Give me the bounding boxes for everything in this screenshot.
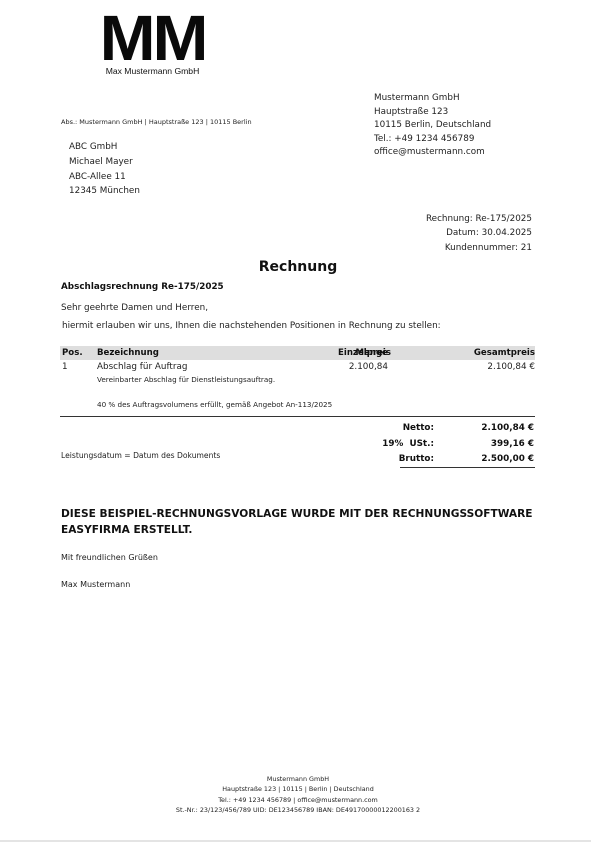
customer-number: Kundennummer: 21 <box>426 241 532 255</box>
vat-row: 19% USt.: 399,16 € <box>372 439 535 455</box>
footer-contact: Tel.: +49 1234 456789 | office@musterman… <box>0 795 591 805</box>
invoice-subject: Abschlagsrechnung Re-175/2025 <box>61 282 224 292</box>
document-title: Rechnung <box>0 259 591 275</box>
gross-value: 2.500,00 € <box>481 454 534 464</box>
gross-label: Brutto: <box>399 454 434 464</box>
service-date-note: Leistungsdatum = Datum des Dokuments <box>61 451 220 460</box>
greeting: Sehr geehrte Damen und Herren, <box>61 303 208 313</box>
totals-underline <box>400 467 535 468</box>
company-address-block: Mustermann GmbH Hauptstraße 123 10115 Be… <box>374 92 491 160</box>
totals-block: Netto: 2.100,84 € 19% USt.: 399,16 € Bru… <box>372 423 535 470</box>
row-total-price: 2.100,84 € <box>487 362 535 372</box>
table-header: Pos. Bezeichnung Menge Einzelpreis Gesam… <box>60 346 535 360</box>
intro-text: hiermit erlauben wir uns, Ihnen die nach… <box>62 321 441 331</box>
software-notice: DIESE BEISPIEL-RECHNUNGSVORLAGE WURDE MI… <box>61 507 541 538</box>
page-footer: Mustermann GmbH Hauptstraße 123 | 10115 … <box>0 774 591 815</box>
row-note: Vereinbarter Abschlag für Dienstleistung… <box>97 375 275 384</box>
row-unit-price: 2.100,84 <box>349 362 388 372</box>
invoice-date: Datum: 30.04.2025 <box>426 226 532 240</box>
sender-return-address: Abs.: Mustermann GmbH | Hauptstraße 123 … <box>61 118 252 126</box>
vat-value: 399,16 € <box>491 439 534 449</box>
invoice-meta: Rechnung: Re-175/2025 Datum: 30.04.2025 … <box>426 212 532 255</box>
footer-address: Hauptstraße 123 | 10115 | Berlin | Deuts… <box>0 784 591 794</box>
company-phone: Tel.: +49 1234 456789 <box>374 133 491 147</box>
row-note-progress: 40 % des Auftragsvolumens erfüllt, gemäß… <box>97 400 332 409</box>
recipient-address-block: ABC GmbH Michael Mayer ABC-Allee 11 1234… <box>69 140 140 199</box>
header-unit-price: Einzelpreis <box>338 348 391 358</box>
header-total-price: Gesamtpreis <box>474 348 535 358</box>
company-city: 10115 Berlin, Deutschland <box>374 119 491 133</box>
recipient-street: ABC-Allee 11 <box>69 170 140 185</box>
recipient-contact: Michael Mayer <box>69 155 140 170</box>
company-logo: MM Max Mustermann GmbH <box>90 10 215 76</box>
net-label: Netto: <box>403 423 434 433</box>
header-description: Bezeichnung <box>97 348 159 358</box>
signature-name: Max Mustermann <box>61 580 130 589</box>
row-description: Abschlag für Auftrag <box>97 362 187 372</box>
footer-company: Mustermann GmbH <box>0 774 591 784</box>
invoice-number: Rechnung: Re-175/2025 <box>426 212 532 226</box>
row-pos: 1 <box>62 362 68 372</box>
table-divider <box>60 416 535 417</box>
company-street: Hauptstraße 123 <box>374 106 491 120</box>
vat-label: 19% USt.: <box>382 439 434 449</box>
recipient-company: ABC GmbH <box>69 140 140 155</box>
net-value: 2.100,84 € <box>481 423 534 433</box>
line-items-table: Pos. Bezeichnung Menge Einzelpreis Gesam… <box>60 346 535 414</box>
company-email: office@mustermann.com <box>374 146 491 160</box>
logo-monogram: MM <box>87 10 218 66</box>
closing-phrase: Mit freundlichen Grüßen <box>61 553 158 562</box>
footer-tax-bank: St.-Nr.: 23/123/456/789 UID: DE123456789… <box>0 805 591 815</box>
company-name: Mustermann GmbH <box>374 92 491 106</box>
net-row: Netto: 2.100,84 € <box>372 423 535 439</box>
table-row: 1 Abschlag für Auftrag 2.100,84 2.100,84… <box>60 360 535 374</box>
header-pos: Pos. <box>62 348 83 358</box>
recipient-city: 12345 München <box>69 184 140 199</box>
